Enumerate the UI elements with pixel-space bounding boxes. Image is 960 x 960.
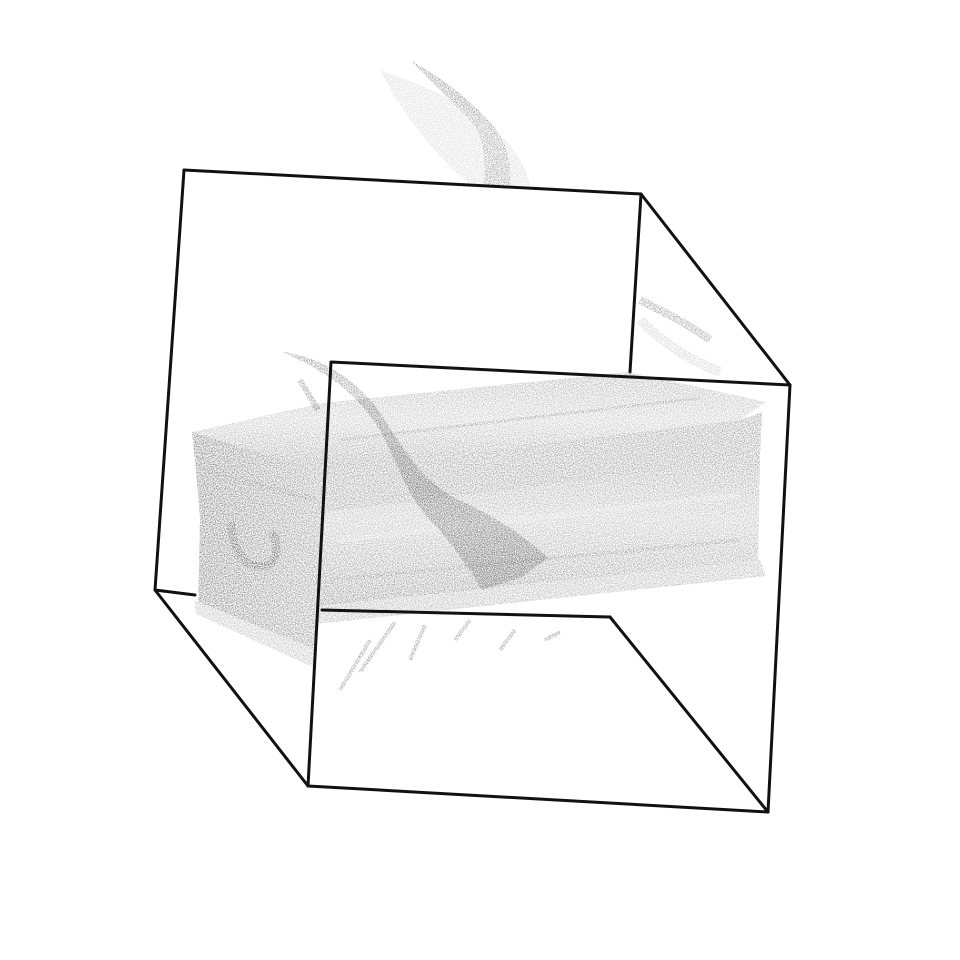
ink-smudge-right	[640, 300, 720, 372]
artwork-canvas	[0, 0, 960, 960]
ink-streaks-bottom	[340, 620, 560, 690]
ink-smudge-top	[380, 60, 530, 185]
